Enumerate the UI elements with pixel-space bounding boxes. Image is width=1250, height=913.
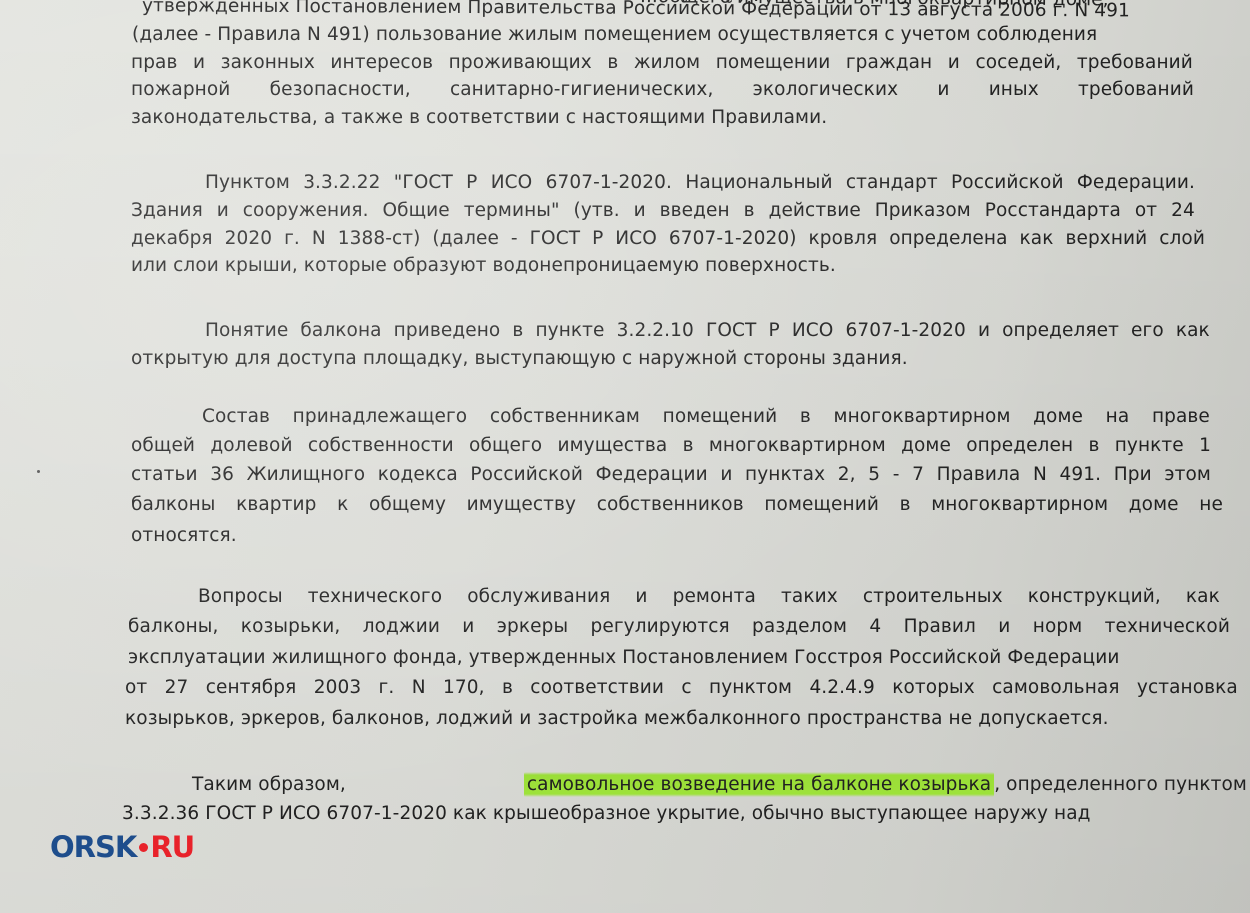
word: экологических [753,79,898,100]
word: и [634,200,646,221]
highlighted-text: самовольное возведение на балконе козырь… [524,772,994,797]
word: с [681,677,691,698]
word: ИСО [491,172,533,193]
word: его [1131,320,1164,341]
word: определяет [1002,320,1119,341]
word: Понятие [205,320,288,341]
word: Общие [382,200,449,221]
word: строительных [863,586,1003,607]
word: в [607,52,618,73]
word: собственников [597,494,744,515]
doc-line: декабря2020г.N1388-ст)(далее-ГОСТРИСО670… [131,228,1205,249]
doc-line: относятся. [131,525,237,546]
word: балкона [300,320,381,341]
word: собственникам [490,406,640,427]
word: 24 [1171,200,1195,221]
word: конструкций, [1028,586,1161,607]
word: регулируются [591,616,730,637]
word: норм [1033,616,1083,637]
word: квартир [236,494,316,515]
word: общего [469,435,542,456]
word: помещении [716,52,831,73]
word: соответствии [530,677,664,698]
word: пункте [535,320,604,341]
word: прав [131,52,177,73]
word: и [217,200,229,221]
orsk-ru-logo: ORSK RU [50,833,194,862]
word: - [893,464,900,485]
doc-line: Составпринадлежащегособственникампомещен… [202,406,1210,427]
word: не [1199,494,1223,515]
word: Национальный [685,172,832,193]
word: 3.3.2.22 [303,172,380,193]
word: N [1033,464,1047,485]
word: жилом [634,52,700,73]
word: в [900,494,911,515]
word: 1388-ст) [338,228,421,249]
word: слой [1159,228,1205,249]
word: и [937,79,949,100]
doc-line: балконыквартиркобщемуимуществусобственни… [131,494,1223,515]
word: в [502,677,513,698]
word: сооружения. [243,200,369,221]
line-lead-text: Таким образом, [192,774,346,795]
word: 36 [210,464,234,485]
word: Российской [951,172,1064,193]
word: декабря [131,228,213,249]
word: как [1020,228,1054,249]
word: Здания [131,200,203,221]
word: как [1186,586,1220,607]
word: и [462,616,474,637]
word: и [635,586,647,607]
word: приведено [394,320,501,341]
word: многоквартирном [834,406,1011,427]
word: в [512,320,523,341]
word: кровля [809,228,878,249]
doc-line: статьи36ЖилищногокодексаРоссийскойФедера… [131,464,1211,485]
paper-speck [37,470,40,473]
word: определена [889,228,1007,249]
word: ГОСТ [706,320,756,341]
word: санитарно-гигиенических, [450,79,713,100]
word: 6707-1-2020. [546,172,672,193]
doc-line: козырьков, эркеров, балконов, лоджий и з… [125,708,1109,729]
word: статьи [131,464,198,485]
word: в [800,406,811,427]
word: ИСО [615,228,657,249]
word: 170, [443,677,485,698]
word: Р [466,172,477,193]
word: и [978,320,990,341]
word: от [125,677,147,698]
doc-line: 3.3.2.36 ГОСТ Р ИСО 6707-1-2020 как крыш… [122,803,1091,824]
doc-line: Зданияисооружения.Общиетермины"(утв.ивве… [131,200,1195,221]
word: соседей, [975,52,1061,73]
word: безопасности, [270,79,411,100]
word: общему [369,494,446,515]
word: как [1176,320,1210,341]
word: самовольная [992,677,1119,698]
word: от [1135,200,1157,221]
word: 1 [1199,435,1211,456]
word: Состав [202,406,270,427]
word: "ГОСТ [394,172,453,193]
word: пожарной [131,79,230,100]
word: 2020 [225,228,272,249]
word: помещений [663,406,778,427]
doc-line: открытую для доступа площадку, выступающ… [131,348,908,369]
word: долевой [210,435,292,456]
word: проживающих [449,52,592,73]
word: обслуживания [467,586,610,607]
word: и [948,52,960,73]
doc-line: общейдолевойсобственностиобщегоимущества… [131,435,1211,456]
word: N [312,228,326,249]
word: действие [769,200,861,221]
word: (далее [432,228,499,249]
doc-line: эксплуатации жилищного фонда, утвержденн… [128,647,1119,668]
doc-line: (далее - Правила N 491) пользование жилы… [132,24,1192,45]
word: Вопросы [198,586,283,607]
word: определен [966,435,1073,456]
doc-line: от27сентября2003г.N170,всоответствииспун… [125,677,1238,698]
line-trail-text: , определенного пунктом [994,774,1247,795]
word: г. [284,228,300,249]
word: Пунктом [205,172,290,193]
word: доме [901,435,951,456]
word: к [337,494,348,515]
word: иных [989,79,1039,100]
word: Р [768,320,779,341]
doc-line: Пунктом3.3.2.22"ГОСТРИСО6707-1-2020.Наци… [205,172,1195,193]
word: балконы, [128,616,218,637]
word: и [193,52,205,73]
word: ремонта [673,586,756,607]
word: и [720,464,732,485]
word: на [1106,406,1130,427]
word: Жилищного [247,464,366,485]
word: технической [1105,616,1230,637]
word: и [998,616,1010,637]
word: требований [1078,79,1194,100]
word: интересов [330,52,433,73]
word: пунктах [745,464,825,485]
logo-text-primary: ORSK [50,833,136,862]
word: ГОСТ [530,228,580,249]
word: введен [660,200,730,221]
word: общей [131,435,195,456]
word: эркеры [497,616,568,637]
word: имущества [558,435,668,456]
word: 7 [912,464,924,485]
doc-line: утвержденных Постановлением Правительств… [142,0,1192,22]
word: 4 [869,616,881,637]
doc-line: пожарнойбезопасности,санитарно-гигиениче… [131,79,1194,100]
word: сентября [206,677,297,698]
word: в [744,200,755,221]
doc-line: правизаконныхинтересовпроживающихвжиломп… [131,52,1193,73]
doc-line: балконы,козырьки,лоджиииэркерырегулируют… [128,616,1230,637]
doc-line: Вопросытехническогообслуживанияиремонтат… [198,586,1220,607]
word: которых [892,677,975,698]
word: 6707-1-2020) [669,228,797,249]
word: Росстандарта [985,200,1121,221]
word: пунктом [709,677,792,698]
doc-line: или слои крыши, которые образуют водонеп… [131,255,836,276]
word: Российской [470,464,583,485]
word: 3.2.2.10 [617,320,694,341]
word: верхний [1065,228,1147,249]
word: законных [221,52,315,73]
word: многоквартирном [931,494,1108,515]
word: Приказом [875,200,971,221]
doc-line: Таким образом, самовольное возведение на… [192,772,1247,797]
word: N [412,677,426,698]
word: 491. [1060,464,1102,485]
word: 27 [165,677,189,698]
word: термины" [464,200,560,221]
word: граждан [846,52,932,73]
word: доме [1033,406,1083,427]
word: разделом [752,616,847,637]
word: (утв. [574,200,620,221]
word: праве [1152,406,1210,427]
word: технического [308,586,442,607]
logo-text-accent: RU [150,833,194,862]
word: При [1114,464,1152,485]
document-photo: ...общего имущества в многоквартирном до… [0,0,1250,913]
word: таких [781,586,838,607]
word: установка [1137,677,1238,698]
doc-line: законодательства, а также в соответствии… [131,107,827,128]
word: 6707-1-2020 [846,320,966,341]
word: Правил [904,616,976,637]
word: доме [1129,494,1179,515]
word: в [683,435,694,456]
word: в [1088,435,1099,456]
word: многоквартирном [709,435,886,456]
doc-line: Понятиебалконаприведеновпункте3.2.2.10ГО… [205,320,1210,341]
word: собственности [308,435,454,456]
word: этом [1164,464,1211,485]
word: Федерации. [1077,172,1195,193]
word: ИСО [792,320,834,341]
word: помещений [764,494,879,515]
word: Р [592,228,603,249]
word: балконы [131,494,215,515]
word: 4.2.4.9 [809,677,874,698]
word: лоджии [363,616,440,637]
word: козырьки, [241,616,341,637]
word: принадлежащего [293,406,468,427]
word: имуществу [467,494,576,515]
word: кодекса [378,464,458,485]
word: - [511,228,518,249]
word: пункте [1115,435,1184,456]
word: требований [1077,52,1193,73]
logo-dot-icon [139,843,148,852]
word: 2, [838,464,856,485]
word: 2003 [314,677,361,698]
word: Федерации [596,464,708,485]
word: Правила [937,464,1021,485]
word: 5 [868,464,880,485]
word: г. [379,677,395,698]
word: стандарт [846,172,938,193]
